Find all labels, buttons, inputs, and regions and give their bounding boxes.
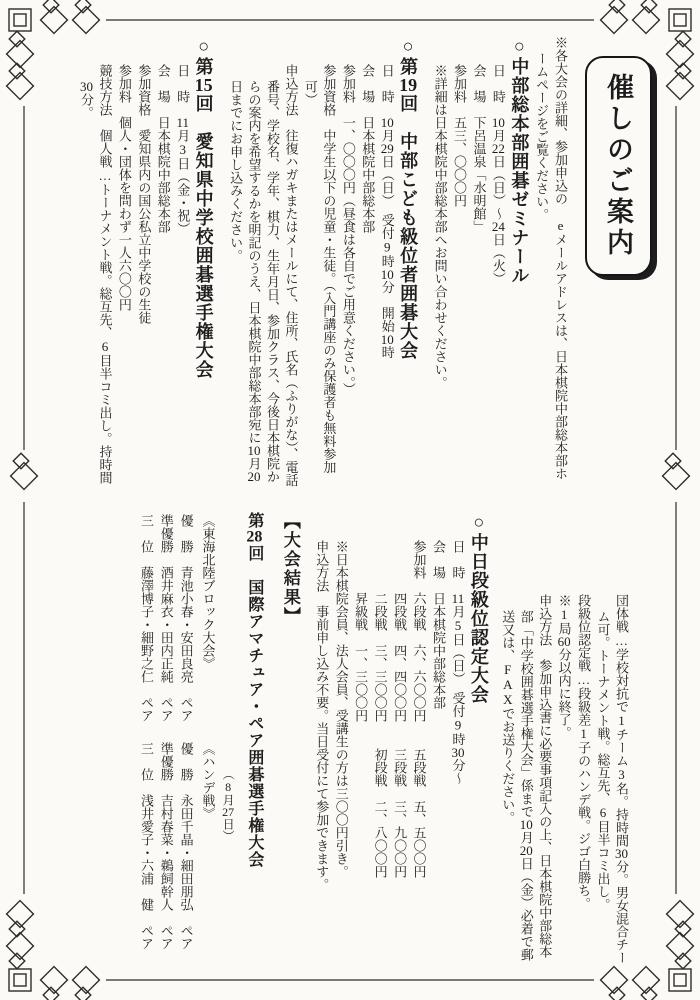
field-fee: 参加料 六段戦 六、六〇〇円 五段戦 五、五〇〇円	[409, 540, 427, 964]
edge-ornament-icon	[11, 453, 38, 489]
field-fee: 参加料 一、〇〇〇円（昼食は各自でご用意ください。）	[338, 64, 356, 488]
field-datetime: 日 時 10月29日（日） 受付9時10分 開始10時	[377, 64, 395, 488]
field-fee-cont: 四段戦 四、四〇〇円 三段戦 三、九〇〇円	[390, 540, 408, 964]
result-entry: 優 勝 青池小春・安田良亮 ペア	[176, 514, 195, 736]
rules-team-battle: 団体戦…学校対抗で1チーム3名。持時間30分。男女混合チーム可。トーナメント戦。…	[593, 594, 630, 964]
results-header: 【大会結果】	[278, 512, 301, 964]
field-discount-note: ※日本棋院会員、法人会員、受講生の方は三〇〇円引き。	[331, 540, 349, 964]
result-entry: 準優勝 酒井麻衣・田内正純 ペア	[156, 514, 175, 736]
event-jhs-fields: 日 時 11月3日（金・祝） 会 場 日本棋院中部総本部 参加資格 愛知県内の国…	[77, 64, 192, 488]
results-group-handicap: 《ハンデ戦》 優 勝 永田千晶・細田朋弘 ペア 準優勝 吉村春菜・鵜飼幹人 ペア…	[135, 742, 216, 964]
rules-time-note: ※1局60分以内に終了。	[554, 594, 572, 964]
event-rank-fields: 日 時 11月5日（日） 受付9時30分～ 会 場 日本棋院中部総本部 参加料 …	[312, 540, 467, 964]
field-note: ※詳細は日本棋院中部総本部へお問い合わせください。	[430, 64, 448, 488]
page-title-box: 催しのご案内	[585, 56, 652, 276]
announcements-upper: 催しのご案内 ※各大会の詳細、参加申込の eメールアドレスは、日本棋院中部総本部…	[48, 36, 654, 488]
results-group-name: 《ハンデ戦》	[198, 742, 217, 964]
rules-rank-certification: 段級位認定戦…段級差1子のハンデ戦。ジゴ白勝ち。	[574, 594, 592, 964]
field-entry-method: 申込方法 往復ハガキまたはメールにて、住所、氏名（ふりがな）、電話番号、学校名、…	[226, 64, 300, 488]
field-datetime: 日 時 11月5日（日） 受付9時30分～	[448, 540, 466, 964]
event-kids-heading: ○第19回 中部こども級位者囲碁大会	[396, 36, 419, 488]
field-venue: 会 場 日本棋院中部総本部	[429, 540, 447, 964]
results-event-title: 第28回 国際アマチュア・ペア囲碁選手権大会	[243, 512, 264, 964]
field-rules: 競技方法 個人戦…トーナメント戦。総互先、6目半コミ出し。持時間30分。	[77, 64, 114, 488]
event-seminar-heading: ○中部総本部囲碁ゼミナール	[507, 36, 530, 488]
field-fee: 参加料 五三、〇〇〇円	[450, 64, 468, 488]
event-seminar-fields: 日 時 10月22日（日）～24日（火） 会 場 下呂温泉「水明館」 参加料 五…	[430, 64, 507, 488]
result-entry: 三 位 藤澤博子・細野之仁 ペア	[136, 514, 155, 736]
jhs-rules-continuation: 団体戦…学校対抗で1チーム3名。持時間30分。男女混合チーム可。トーナメント戦。…	[498, 512, 630, 964]
field-eligibility: 参加資格 愛知県内の国公私立中学校の生徒	[134, 64, 152, 488]
field-entry-method: 申込方法 事前申し込み不要。当日受付にて参加できます。	[312, 540, 330, 964]
results-group-block: 《東海北陸ブロック大会》 優 勝 青池小春・安田良亮 ペア 準優勝 酒井麻衣・田…	[135, 514, 216, 736]
edge-ornament-icon	[663, 453, 690, 489]
field-venue: 会 場 日本棋院中部総本部	[358, 64, 376, 488]
results-grid: 《東海北陸ブロック大会》 優 勝 青池小春・安田良亮 ペア 準優勝 酒井麻衣・田…	[118, 512, 216, 964]
event-rank-heading: ○中日段級位認定大会	[466, 512, 489, 964]
intro-note: ※各大会の詳細、参加申込の eメールアドレスは、日本棋院中部総本部ホームページを…	[531, 36, 569, 488]
event-jhs-heading: ○第15回 愛知県中学校囲碁選手権大会	[191, 36, 214, 488]
result-entry: 優 勝 永田千晶・細田朋弘 ペア	[176, 742, 195, 964]
page-title: 催しのご案内	[603, 73, 633, 259]
field-fee: 参加料 個人・団体を問わず一人六〇〇円	[114, 64, 132, 488]
event-junior-high-championship: ○第15回 愛知県中学校囲碁選手権大会 日 時 11月3日（金・祝） 会 場 日…	[77, 36, 215, 488]
field-datetime: 日 時 11月3日（金・祝）	[173, 64, 191, 488]
field-venue: 会 場 日本棋院中部総本部	[153, 64, 171, 488]
field-entry-method: 申込方法 参加申込書に必要事項記入の上、日本棋院中部総本部「中学校囲碁選手権大会…	[498, 594, 553, 964]
event-kids-fields: 日 時 10月29日（日） 受付9時10分 開始10時 会 場 日本棋院中部総本…	[226, 64, 396, 488]
event-kids-tournament: ○第19回 中部こども級位者囲碁大会 日 時 10月29日（日） 受付9時10分…	[226, 36, 419, 488]
field-fee-cont: 昇級戦 一、三〇〇円	[351, 540, 369, 964]
event-seminar: ○中部総本部囲碁ゼミナール 日 時 10月22日（日）～24日（火） 会 場 下…	[430, 36, 530, 488]
field-fee-cont: 二段戦 三、三〇〇円 初段戦 二、八〇〇円	[370, 540, 388, 964]
announcements-lower: 団体戦…学校対抗で1チーム3名。持時間30分。男女混合チーム可。トーナメント戦。…	[48, 512, 654, 964]
event-rank-certification: ○中日段級位認定大会 日 時 11月5日（日） 受付9時30分～ 会 場 日本棋…	[312, 512, 490, 964]
results-event-date: （8月27日）	[219, 768, 235, 964]
result-entry: 三 位 浅井愛子・六浦 健 ペア	[136, 742, 155, 964]
results-group-name: 《東海北陸ブロック大会》	[198, 514, 217, 736]
newsletter-page: 催しのご案内 ※各大会の詳細、参加申込の eメールアドレスは、日本棋院中部総本部…	[0, 0, 700, 1000]
field-eligibility: 参加資格 中学生以下の児童・生徒。（入門講座のみ保護者も無料参加可）	[300, 64, 337, 488]
field-venue: 会 場 下呂温泉「水明館」	[469, 64, 487, 488]
field-datetime: 日 時 10月22日（日）～24日（火）	[488, 64, 506, 488]
result-entry: 準優勝 吉村春菜・鵜飼幹人 ペア	[156, 742, 175, 964]
